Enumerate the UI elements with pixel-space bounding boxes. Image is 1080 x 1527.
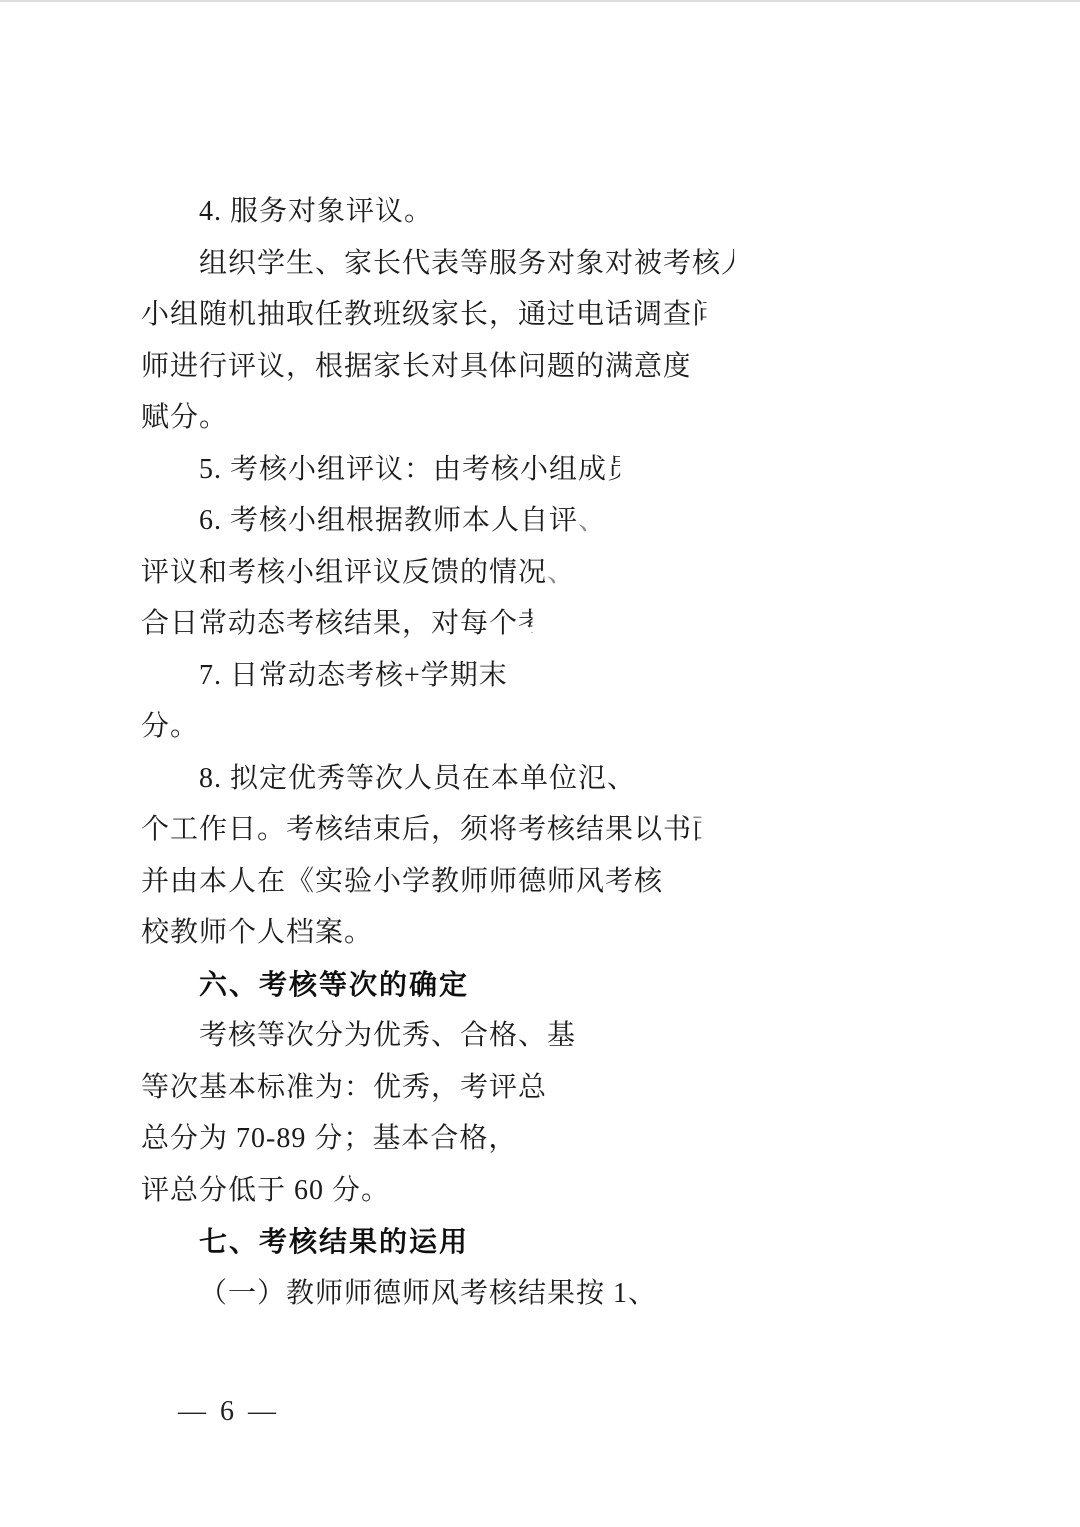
text-line: 组织学生、家长代表等服务对象对被考核人 <box>141 238 761 290</box>
clipped-edge-char: 度 <box>663 351 692 382</box>
line-text: 并由本人在《实验小学教师师德师风考核 <box>141 866 663 897</box>
line-text: 合日常动态考核结果，对每个 <box>141 608 518 639</box>
line-text: 分。 <box>141 711 199 742</box>
text-line: 总分为 70-89 分；基本合格， <box>141 1113 761 1165</box>
text-line: 小组随机抽取任教班级家长，通过电话调查问 <box>141 289 761 341</box>
document-page: 4. 服务对象评议。组织学生、家长代表等服务对象对被考核人小组随机抽取任教班级家… <box>0 0 1080 1527</box>
line-text: 赋分。 <box>141 402 228 433</box>
line-text: （一）教师师德师风考核结果按 <box>199 1278 613 1309</box>
text-line: 4. 服务对象评议。 <box>141 186 761 238</box>
line-text: 校教师个人档案。 <box>141 917 373 948</box>
text-line: 分。 <box>141 701 761 753</box>
clipped-edge-char: 面 <box>692 814 721 845</box>
line-text: 5. 考核小组评议：由考核小组成 <box>199 454 607 485</box>
text-line: 7. 日常动态考核+学期末 <box>141 650 761 702</box>
line-text: 8. 拟定优秀等次人员在本单位 <box>199 763 578 794</box>
line-text: 小组随机抽取任教班级家长，通过电话调查 <box>141 299 692 330</box>
line-text: 6. 考核小组根据教师本人自评 <box>199 505 578 536</box>
line-text: 组织学生、家长代表等服务对象对被考核 <box>199 248 721 279</box>
clipped-edge-char: 问 <box>692 299 721 330</box>
text-line: 8. 拟定优秀等次人员在本单位氾、 <box>141 753 761 805</box>
text-line: 个工作日。考核结束后，须将考核结果以书面 <box>141 804 761 856</box>
line-text: 7. 日常动态考核+学期末 <box>199 660 508 691</box>
line-text: 七、考核结果的运用 <box>199 1226 469 1257</box>
line-text: 个工作日。考核结束后，须将考核结果以书 <box>141 814 692 845</box>
clipped-edge-char: 考 <box>518 608 547 639</box>
section-heading: 六、考核等次的确定 <box>141 959 761 1011</box>
line-text: 4. 服务对象评议。 <box>199 196 433 227</box>
clipped-edge-char: 1、 <box>613 1278 657 1309</box>
text-line: 评议和考核小组评议反馈的情况、 <box>141 547 761 599</box>
section-heading: 七、考核结果的运用 <box>141 1216 761 1268</box>
line-text: 等次基本标准为：优秀，考评总 <box>141 1072 547 1103</box>
text-line: 赋分。 <box>141 392 761 444</box>
clipped-edge-char: 员 <box>607 454 636 485</box>
text-line: 校教师个人档案。 <box>141 907 761 959</box>
clipped-edge-char: 人 <box>721 248 750 279</box>
text-line: （一）教师师德师风考核结果按 1、 <box>141 1268 761 1320</box>
text-line: 合日常动态考核结果，对每个考 <box>141 598 761 650</box>
page-number-footer: — 6 — <box>178 1396 276 1428</box>
text-line: 6. 考核小组根据教师本人自评、 <box>141 495 761 547</box>
line-text: 评议和考核小组评议反馈的情况 <box>141 557 547 588</box>
scan-edge <box>0 0 1080 2</box>
text-line: 评总分低于 60 分。 <box>141 1165 761 1217</box>
clipped-edge-char: 氾、 <box>578 763 636 794</box>
text-line: 5. 考核小组评议：由考核小组成员 <box>141 444 761 496</box>
line-text: 考核等次分为优秀、合格、基 <box>199 1020 576 1051</box>
clipped-edge-char: 、 <box>547 557 576 588</box>
text-line: 等次基本标准为：优秀，考评总 <box>141 1062 761 1114</box>
line-text: 六、考核等次的确定 <box>199 969 469 1000</box>
line-text: 总分为 70-89 分；基本合格， <box>141 1123 517 1154</box>
document-text-block: 4. 服务对象评议。组织学生、家长代表等服务对象对被考核人小组随机抽取任教班级家… <box>141 186 761 1319</box>
text-line: 师进行评议，根据家长对具体问题的满意度 <box>141 341 761 393</box>
line-text: 评总分低于 60 分。 <box>141 1175 390 1206</box>
line-text: 师进行评议，根据家长对具体问题的满意 <box>141 351 663 382</box>
text-line: 考核等次分为优秀、合格、基 <box>141 1010 761 1062</box>
text-line: 并由本人在《实验小学教师师德师风考核 <box>141 856 761 908</box>
clipped-edge-char: 、 <box>578 505 607 536</box>
